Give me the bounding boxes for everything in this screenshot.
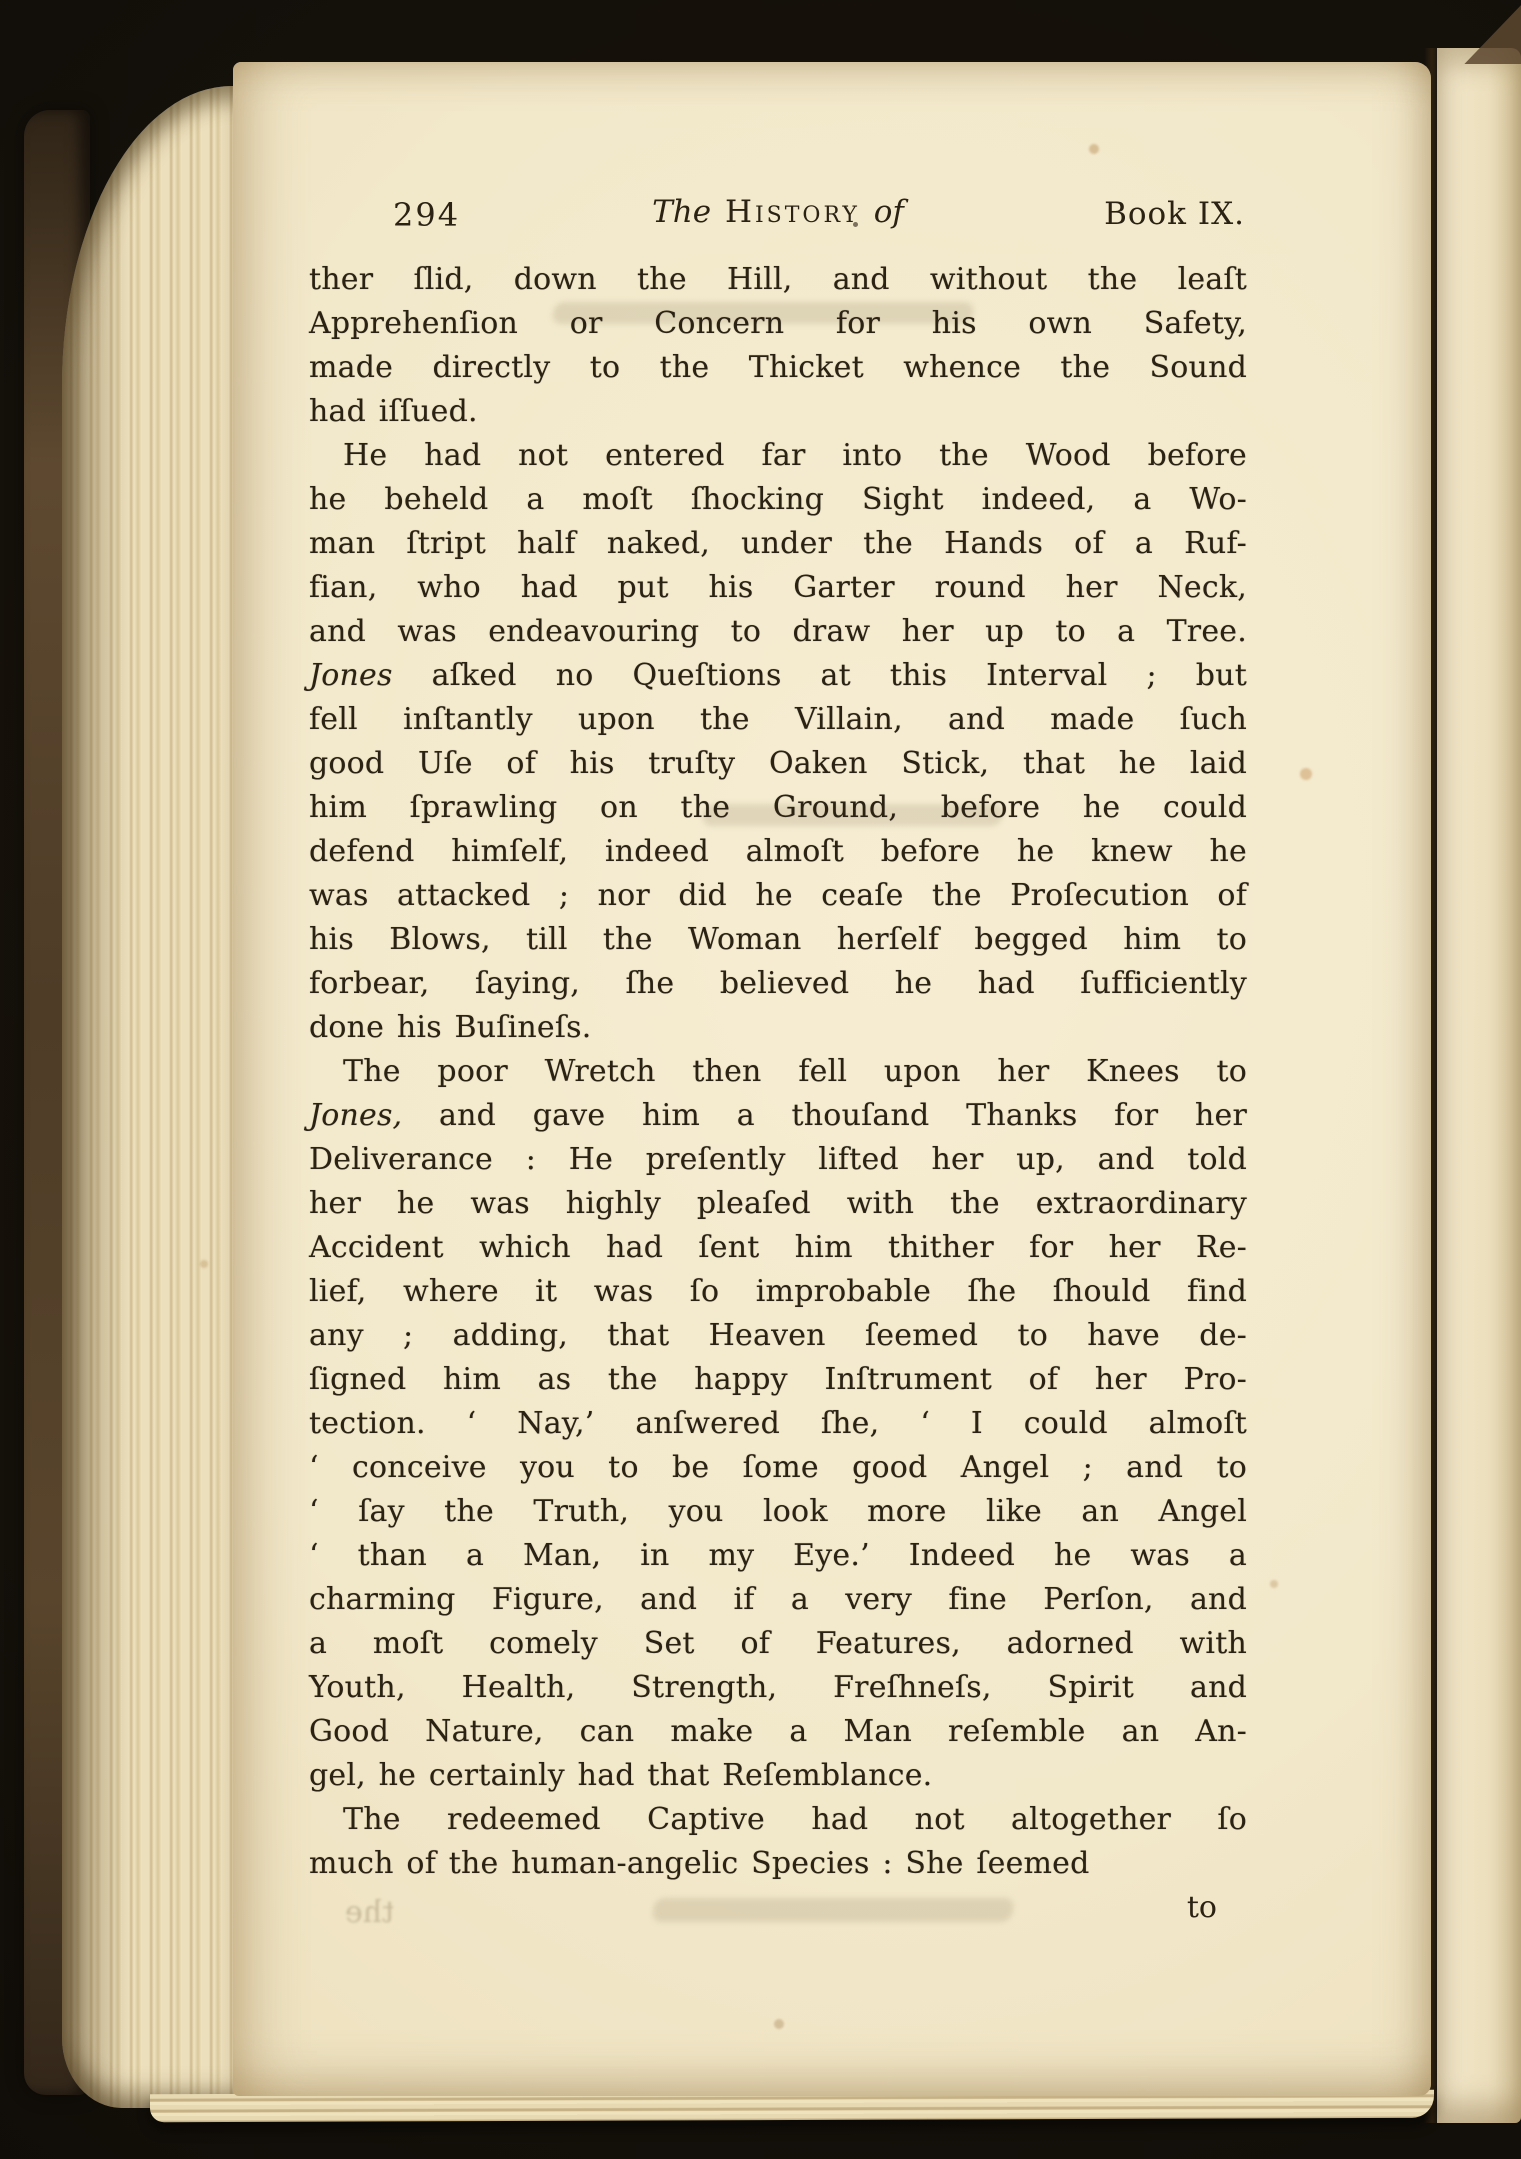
text-line: He had not entered far into the Wood bef…: [309, 434, 1247, 478]
next-page-edge: [1437, 48, 1521, 2123]
text-line: forbear, ſaying, ſhe believed he had ſuf…: [309, 962, 1247, 1006]
text-line: Accident which had ſent him thither for …: [309, 1226, 1247, 1270]
text-line: lief, where it was ſo improbable ſhe ſho…: [309, 1270, 1247, 1314]
text-line: man ſtript half naked, under the Hands o…: [309, 522, 1247, 566]
text-line: his Blows, till the Woman herſelf begged…: [309, 918, 1247, 962]
text-line: ſigned him as the happy Inſtrument of he…: [309, 1358, 1247, 1402]
text-line: ‘ conceive you to be ſome good Angel ; a…: [309, 1446, 1247, 1490]
text-line: him ſprawling on the Ground, before he c…: [309, 786, 1247, 830]
text-line: Youth, Health, Strength, Freſhneſs, Spir…: [309, 1666, 1247, 1710]
text-line: fian, who had put his Garter round her N…: [309, 566, 1247, 610]
text-line: much of the human-angelic Species : She …: [309, 1842, 1247, 1886]
running-title-segment: History: [721, 194, 864, 230]
text-line: Deliverance : He preſently lifted her up…: [309, 1138, 1247, 1182]
text-line: Good Nature, can make a Man reſemble an …: [309, 1710, 1247, 1754]
text-block: 294 The History of Book IX. ther ſlid, d…: [309, 194, 1247, 1925]
text-line: defend himſelf, indeed almoſt before he …: [309, 830, 1247, 874]
text-line: charming Figure, and if a very fine Perſ…: [309, 1578, 1247, 1622]
text-line: The redeemed Captive had not altogether …: [309, 1798, 1247, 1842]
text-line: made directly to the Thicket whence the …: [309, 346, 1247, 390]
text-line: gel, he certainly had that Reſemblance.: [309, 1754, 1247, 1798]
catchword: to: [309, 1890, 1247, 1925]
text-line: done his Buſineſs.: [309, 1006, 1247, 1050]
text-line: ‘ than a Man, in my Eye.’ Indeed he was …: [309, 1534, 1247, 1578]
text-line: a moſt comely Set of Features, adorned w…: [309, 1622, 1247, 1666]
text-line: fell inſtantly upon the Villain, and mad…: [309, 698, 1247, 742]
running-title-segment: The: [652, 194, 721, 230]
text-line: was attacked ; nor did he ceaſe the Proſ…: [309, 874, 1247, 918]
text-line: and was endeavouring to draw her up to a…: [309, 610, 1247, 654]
text-line: Jones aſked no Queſtions at this Interva…: [309, 654, 1247, 698]
page-edges-stack: [62, 86, 262, 2108]
text-line: ther ſlid, down the Hill, and without th…: [309, 258, 1247, 302]
text-line: had iſſued.: [309, 390, 1247, 434]
running-title-segment: of: [864, 194, 904, 230]
text-line: The poor Wretch then fell upon her Knees…: [309, 1050, 1247, 1094]
book-page: 294 The History of Book IX. ther ſlid, d…: [233, 62, 1431, 2096]
bleed-through-word: the: [345, 1895, 394, 1930]
text-line: ‘ ſay the Truth, you look more like an A…: [309, 1490, 1247, 1534]
page-header: 294 The History of Book IX.: [309, 194, 1247, 242]
book-scan: 294 The History of Book IX. ther ſlid, d…: [0, 0, 1521, 2159]
body-text: ther ſlid, down the Hill, and without th…: [309, 258, 1247, 1886]
page-number: 294: [393, 196, 460, 234]
text-line: any ; adding, that Heaven ſeemed to have…: [309, 1314, 1247, 1358]
text-line: good Uſe of his truſty Oaken Stick, that…: [309, 742, 1247, 786]
text-line: he beheld a moſt ſhocking Sight indeed, …: [309, 478, 1247, 522]
text-line: Jones, and gave him a thouſand Thanks fo…: [309, 1094, 1247, 1138]
text-line: her he was highly pleaſed with the extra…: [309, 1182, 1247, 1226]
text-line: Apprehenſion or Concern for his own Safe…: [309, 302, 1247, 346]
book-number: Book IX.: [1104, 196, 1245, 232]
text-line: tection. ‘ Nay,’ anſwered ſhe, ‘ I could…: [309, 1402, 1247, 1446]
